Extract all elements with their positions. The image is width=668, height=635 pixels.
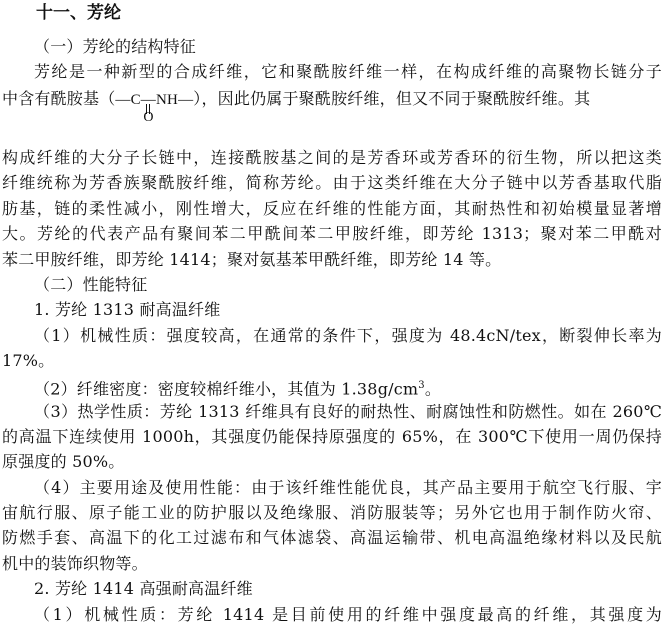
paragraph-line-with-formula: 中含有酰胺基（—C—NH—O），因此仍属于聚酰胺纤维，但又不同于聚酰胺纤维。其: [2, 89, 662, 110]
subsection-title-1414: 2. 芳纶 1414 高强耐高温纤维: [34, 579, 662, 599]
oxygen-atom: O: [143, 110, 153, 126]
chapter-heading: 十一、芳纶: [36, 2, 121, 24]
paragraph-line: 的高温下连续使用 1000h，其强度仍能保持原强度的 65%，在 300℃下使用…: [2, 427, 662, 447]
paragraph-line: 芳纶是一种新型的合成纤维，它和聚酰胺纤维一样，在构成纤维的高聚物长链分子: [34, 62, 662, 82]
section-title-properties: （二）性能特征: [34, 275, 662, 295]
paragraph-line: （3）热学性质：芳纶 1313 纤维具有良好的耐热性、耐腐蚀性和防燃性。如在 2…: [34, 402, 662, 422]
amide-group-formula: —C—NH—O: [115, 90, 193, 110]
document-page: 十一、芳纶 （一）芳纶的结构特征 芳纶是一种新型的合成纤维，它和聚酰胺纤维一样，…: [0, 0, 668, 635]
section-title-structure: （一）芳纶的结构特征: [34, 37, 662, 57]
paragraph-line: 构成纤维的大分子长链中，连接酰胺基之间的是芳香环或芳香环的衍生物，所以把这类: [2, 148, 662, 168]
paragraph-line: 17%。: [2, 351, 662, 371]
paragraph-line: 机中的装饰织物等。: [2, 554, 662, 574]
paragraph-line: 苯二甲胺纤维，即芳纶 1414；聚对氨基苯甲酰纤维，即芳纶 14 等。: [2, 250, 662, 270]
paragraph-line-density: （2）纤维密度：密度较棉纤维小，其值为 1.38g/cm3。: [34, 376, 662, 399]
subsection-title-1313: 1. 芳纶 1313 耐高温纤维: [34, 300, 662, 320]
paragraph-line: 大。芳纶的代表产品有聚间苯二甲酰间苯二甲胺纤维，即芳纶 1313；聚对苯二甲酰对: [2, 224, 662, 244]
paragraph-line: （1）机械性质：芳纶 1414 是目前使用的纤维中强度最高的纤维，其强度为: [34, 605, 662, 625]
paragraph-line: 原强度的 50%。: [2, 452, 662, 472]
paragraph-line: 肪基，链的柔性减小，刚性增大，反应在纤维的性能方面，其耐热性和初始模量显著增: [2, 199, 662, 219]
paragraph-line: 宙航行服、原子能工业的防护服以及绝缘服、消防服装等；另外它也用于制作防火帘、: [2, 503, 662, 523]
paragraph-line: （1）机械性质：强度较高，在通常的条件下，强度为 48.4cN/tex，断裂伸长…: [34, 326, 662, 346]
paragraph-line: （4）主要用途及使用性能：由于该纤维性能优良，其产品主要用于航空飞行服、宇: [34, 478, 662, 498]
paragraph-line: 纤维统称为芳香族聚酰胺纤维，简称芳纶。由于这类纤维在大分子链中以芳香基取代脂: [2, 173, 662, 193]
paragraph-line: 防燃手套、高温下的化工过滤布和气体滤袋、高温运输带、机电高温绝缘材料以及民航: [2, 528, 662, 548]
